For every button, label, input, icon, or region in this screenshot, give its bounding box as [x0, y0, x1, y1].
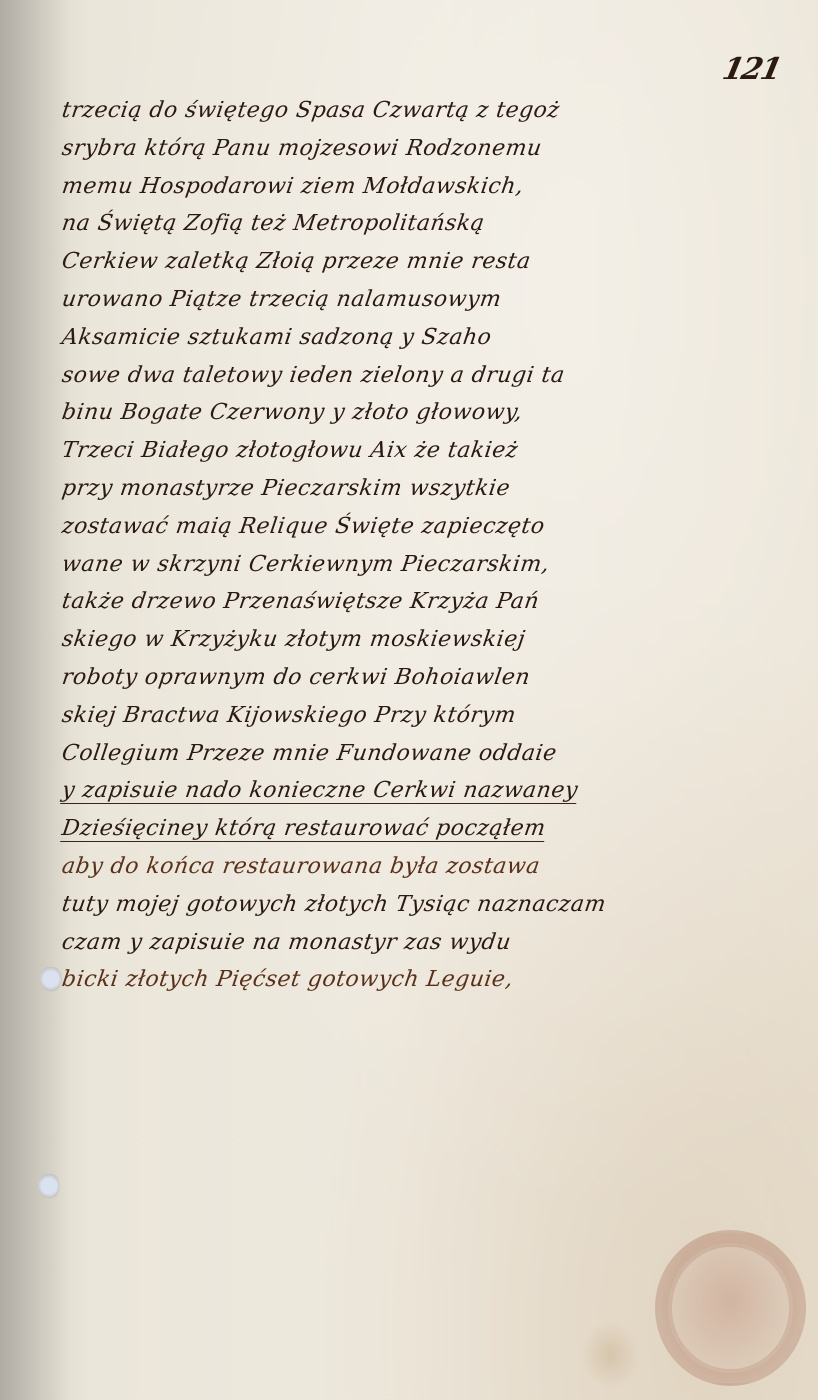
text-line: na Świętą Zofią też Metropolitańską: [59, 205, 684, 243]
text-line: czam y zapisuie na monastyr zas wydu: [59, 924, 684, 962]
text-line: także drzewo Przenaświętsze Krzyża Pań: [59, 583, 684, 621]
text-line: aby do końca restaurowana była zostawa: [59, 848, 684, 886]
folio-number: 121: [720, 52, 784, 87]
text-line: urowano Piątze trzecią nalamusowym: [59, 281, 684, 319]
handwritten-text-block: trzecią do świętego Spasa Czwartą z tego…: [62, 92, 682, 999]
text-line: binu Bogate Czerwony y złoto głowowy,: [59, 394, 684, 432]
text-line: memu Hospodarowi ziem Mołdawskich,: [59, 168, 684, 206]
underlined-text: Dzieśięciney którą restaurować począłem: [60, 816, 547, 842]
text-line: wane w skrzyni Cerkiewnym Pieczarskim,: [59, 546, 684, 584]
text-line: Aksamicie sztukami sadzoną y Szaho: [59, 319, 684, 357]
text-line: skiej Bractwa Kijowskiego Przy którym: [59, 697, 684, 735]
text-line: Trzeci Białego złotogłowu Aix że takież: [59, 432, 684, 470]
text-line: trzecią do świętego Spasa Czwartą z tego…: [59, 92, 684, 130]
text-line: Dzieśięciney którą restaurować począłem: [59, 810, 684, 848]
manuscript-page: 121 trzecią do świętego Spasa Czwartą z …: [0, 0, 818, 1400]
binding-hole: [40, 966, 62, 992]
text-line: zostawać maią Relique Święte zapieczęto: [59, 508, 684, 546]
text-line: roboty oprawnym do cerkwi Bohoiawlen: [59, 659, 684, 697]
text-line: bicki złotych Pięćset gotowych Leguie,: [59, 961, 684, 999]
text-line: srybra którą Panu mojzesowi Rodzonemu: [59, 130, 684, 168]
text-line: Collegium Przeze mnie Fundowane oddaie: [59, 735, 684, 773]
gutter-shadow: [0, 0, 70, 1400]
underlined-text: y zapisuie nado konieczne Cerkwi nazwane…: [60, 778, 579, 804]
text-line: skiego w Krzyżyku złotym moskiewskiej: [59, 621, 684, 659]
text-line: y zapisuie nado konieczne Cerkwi nazwane…: [59, 772, 684, 810]
binding-hole: [38, 1173, 60, 1199]
paper-stain: [580, 1320, 640, 1390]
text-line: sowe dwa taletowy ieden zielony a drugi …: [59, 357, 684, 395]
text-line: tuty mojej gotowych złotych Tysiąc nazna…: [59, 886, 684, 924]
text-line: Cerkiew zaletką Złoią przeze mnie resta: [59, 243, 684, 281]
seal-stamp-icon: [655, 1230, 806, 1386]
text-line: przy monastyrze Pieczarskim wszytkie: [59, 470, 684, 508]
